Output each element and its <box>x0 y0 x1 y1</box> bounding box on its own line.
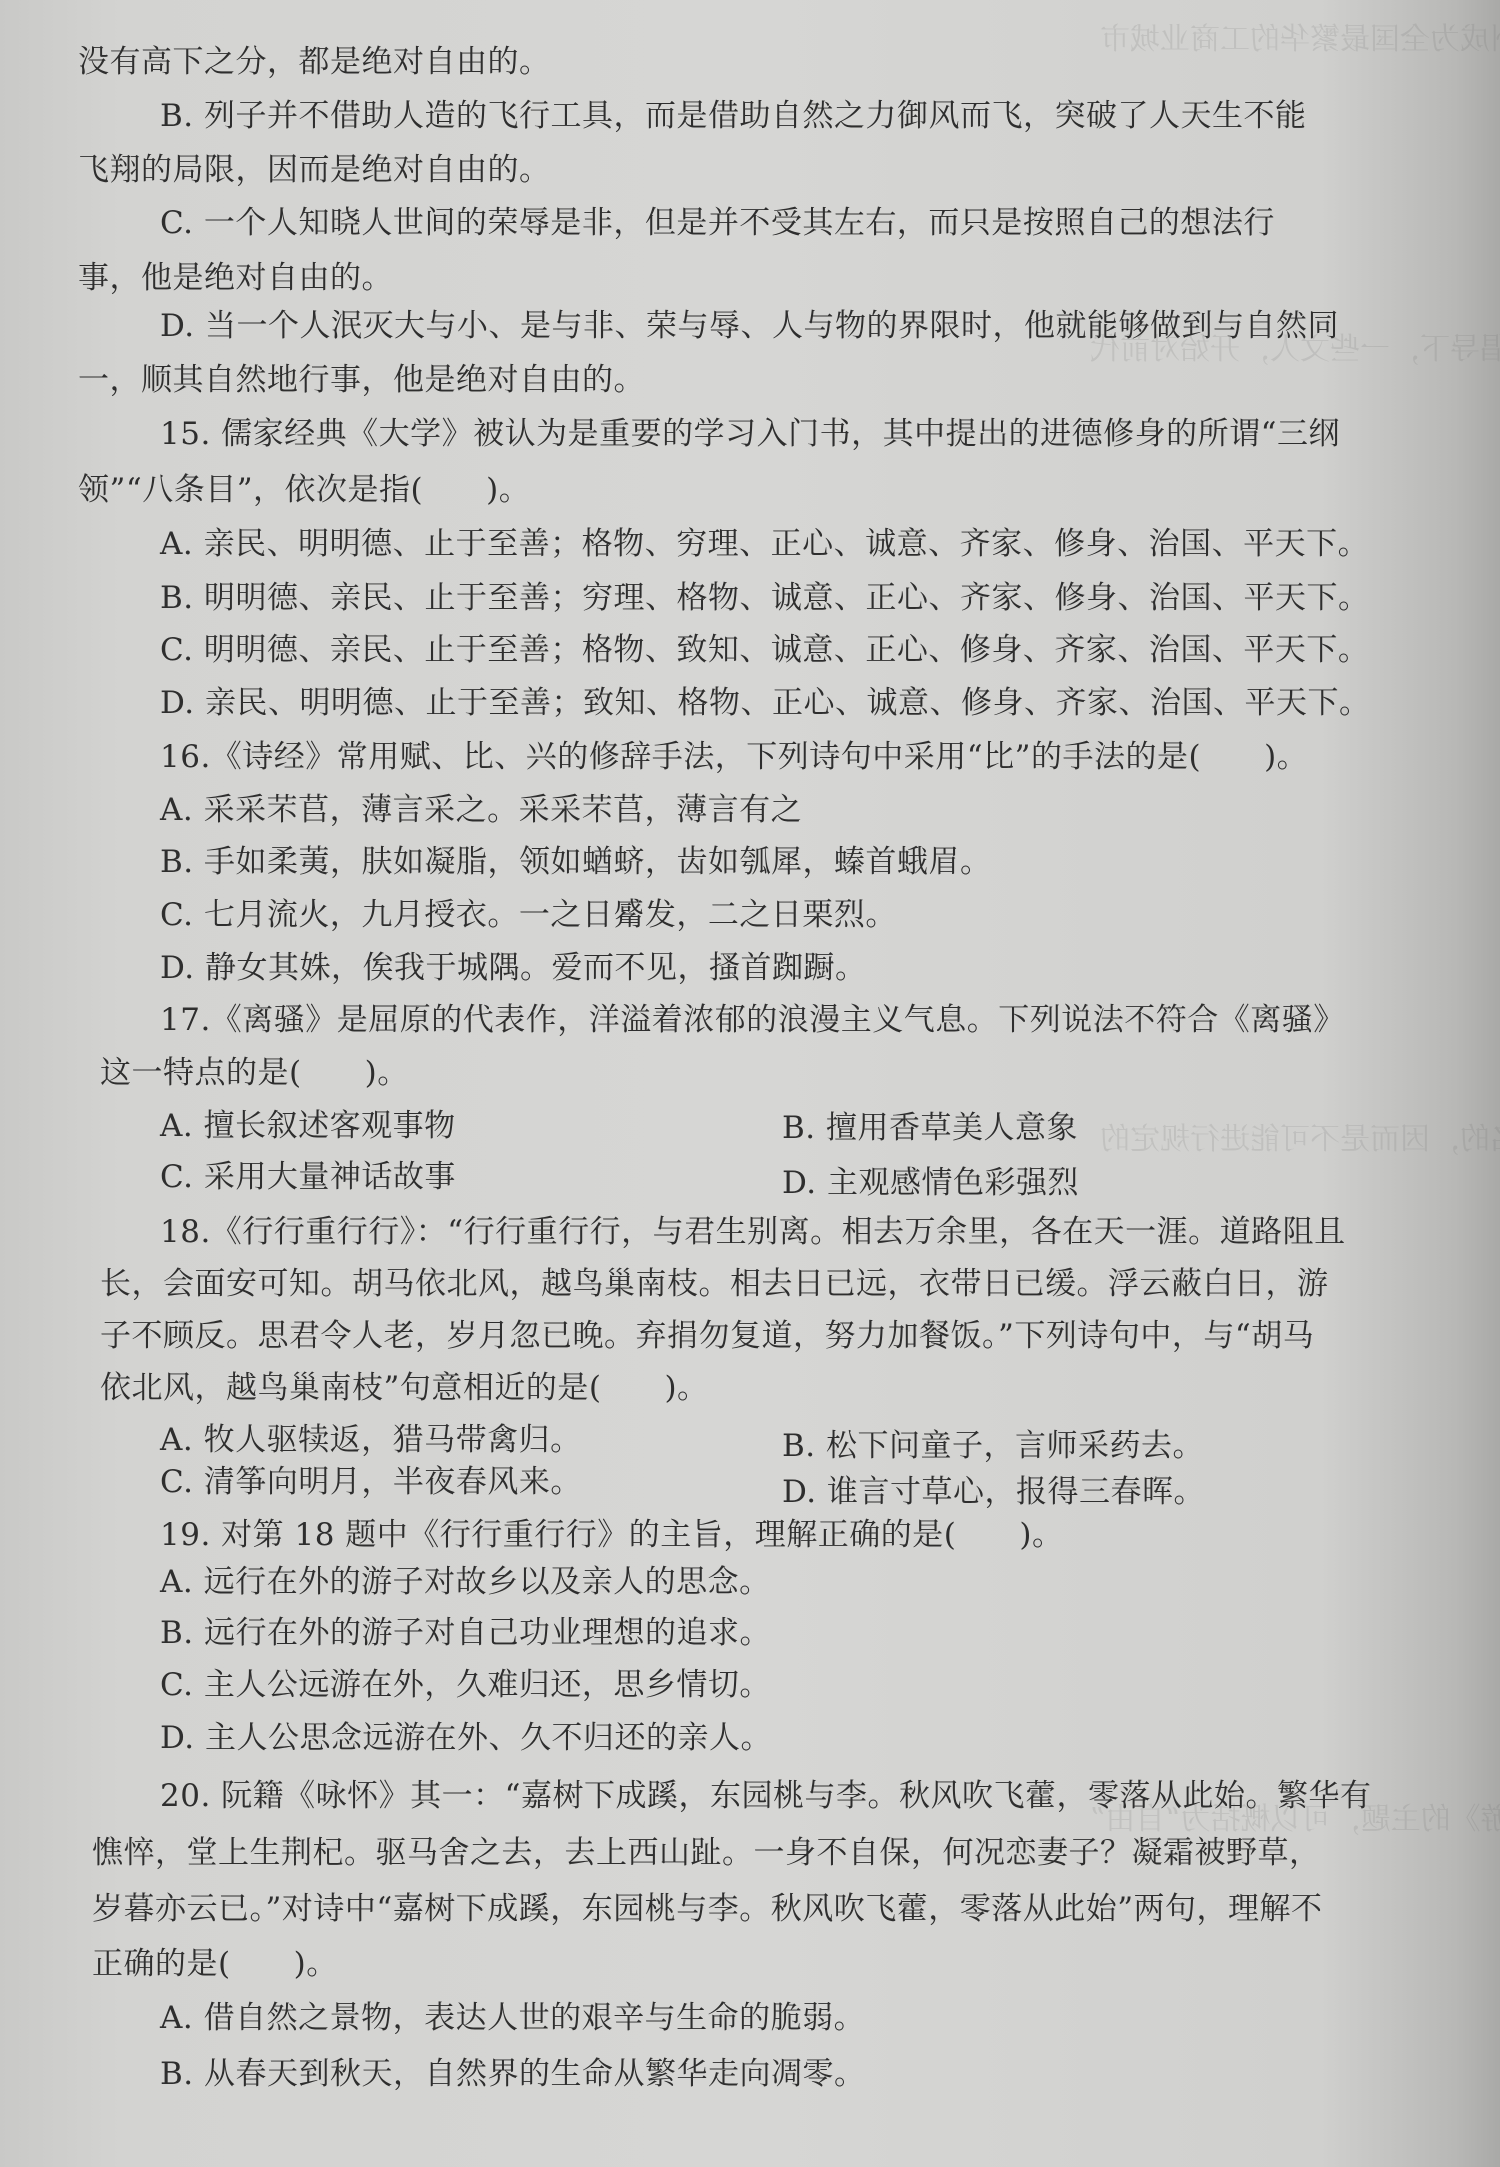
question-16-stem: 16.《诗经》常用赋、比、兴的修辞手法，下列诗句中采用“比”的手法的是( )。 <box>160 737 1308 777</box>
question-18-option-c: C. 清筝向明月，半夜春风来。 <box>160 1462 582 1502</box>
question-20-option-b: B. 从春天到秋天，自然界的生命从繁华走向凋零。 <box>160 2054 866 2094</box>
question-14-option-d: D. 当一个人泯灭大与小、是与非、荣与辱、人与物的界限时，他就能够做到与自然同 <box>160 306 1339 346</box>
question-17-option-c: C. 采用大量神话故事 <box>160 1157 456 1197</box>
question-16-option-a: A. 采采芣苢，薄言采之。采采芣苢，薄言有之 <box>160 790 802 830</box>
question-19-option-a: A. 远行在外的游子对故乡以及亲人的思念。 <box>160 1562 771 1602</box>
scanned-exam-page: 7.唐朝后期，扬州成为全国最繁华的工商业城市 人的倡导下，一些文人，开始对前代 … <box>0 0 1500 2167</box>
question-14-option-c: C. 一个人知晓人世间的荣辱是非，但是并不受其左右，而只是按照自己的想法行 <box>160 203 1275 243</box>
question-20-stem-line-2: 憔悴，堂上生荆杞。驱马舍之去，去上西山趾。一身不自保，何况恋妻子？凝霜被野草， <box>92 1833 1321 1873</box>
question-15-option-c: C. 明明德、亲民、止于至善；格物、致知、诚意、正心、修身、齐家、治国、平天下。 <box>160 630 1369 670</box>
question-15-stem: 15. 儒家经典《大学》被认为是重要的学习入门书，其中提出的进德修身的所谓“三纲 <box>160 414 1340 454</box>
question-17-option-b: B. 擅用香草美人意象 <box>782 1108 1078 1148</box>
question-19-option-d: D. 主人公思念远游在外、久不归还的亲人。 <box>160 1718 772 1758</box>
question-15-option-d: D. 亲民、明明德、止于至善；致知、格物、正心、诚意、修身、齐家、治国、平天下。 <box>160 683 1370 723</box>
bleed-through-text: A. 道是无法命名的，因而是不可能进行规定的 <box>1100 1120 1500 1160</box>
question-18-stem: 18.《行行重行行》：“行行重行行，与君生别离。相去万余里，各在天一涯。道路阻且 <box>160 1212 1346 1252</box>
question-20-stem: 20. 阮籍《咏怀》其一：“嘉树下成蹊，东园桃与李。秋风吹飞藿，零落从此始。繁华… <box>160 1776 1372 1816</box>
bleed-through-text: 7.唐朝后期，扬州成为全国最繁华的工商业城市 <box>1100 20 1500 60</box>
question-20-stem-line-4: 正确的是( )。 <box>92 1944 338 1984</box>
question-18-option-d: D. 谁言寸草心，报得三春晖。 <box>782 1472 1205 1512</box>
question-20-stem-line-3: 岁暮亦云已。”对诗中“嘉树下成蹊，东园桃与李。秋风吹飞藿，零落从此始”两句，理解… <box>92 1889 1323 1929</box>
question-17-stem: 17.《离骚》是屈原的代表作，洋溢着浓郁的浪漫主义气息。下列说法不符合《离骚》 <box>160 1000 1345 1040</box>
question-19-option-c: C. 主人公远游在外，久难归还，思乡情切。 <box>160 1665 771 1705</box>
question-15-option-b: B. 明明德、亲民、止于至善；穷理、格物、诚意、正心、齐家、修身、治国、平天下。 <box>160 578 1370 618</box>
question-18-stem-line-3: 子不顾反。思君令人老，岁月忽已晚。弃捐勿复道，努力加餐饭。”下列诗句中，与“胡马 <box>100 1316 1314 1356</box>
question-15-option-a: A. 亲民、明明德、止于至善；格物、穷理、正心、诚意、齐家、修身、治国、平天下。 <box>160 524 1369 564</box>
question-17-option-a: A. 擅长叙述客观事物 <box>160 1106 456 1146</box>
question-17-option-d: D. 主观感情色彩强烈 <box>782 1163 1079 1203</box>
question-14-option-a-continuation: 没有高下之分，都是绝对自由的。 <box>78 42 551 82</box>
question-18-option-b: B. 松下问童子，言师采药去。 <box>782 1426 1204 1466</box>
question-17-stem-continuation: 这一特点的是( )。 <box>100 1053 409 1093</box>
question-20-option-a: A. 借自然之景物，表达人世的艰辛与生命的脆弱。 <box>160 1998 865 2038</box>
question-19-option-b: B. 远行在外的游子对自己功业理想的追求。 <box>160 1613 771 1653</box>
question-19-stem: 19. 对第 18 题中《行行重行行》的主旨，理解正确的是( )。 <box>160 1515 1064 1555</box>
question-16-option-b: B. 手如柔荑，肤如凝脂，领如蝤蛴，齿如瓠犀，螓首蛾眉。 <box>160 842 992 882</box>
question-14-option-c-continuation: 事，他是绝对自由的。 <box>78 258 393 298</box>
question-15-stem-continuation: 领”“八条目”，依次是指( )。 <box>78 470 530 510</box>
question-14-option-d-continuation: 一，顺其自然地行事，他是绝对自由的。 <box>78 360 645 400</box>
question-18-stem-line-4: 依北风，越鸟巢南枝”句意相近的是( )。 <box>100 1368 709 1408</box>
question-18-stem-line-2: 长，会面安可知。胡马依北风，越鸟巢南枝。相去日已远，衣带日已缓。浮云蔽白日，游 <box>100 1264 1329 1304</box>
question-16-option-c: C. 七月流火，九月授衣。一之日觱发，二之日栗烈。 <box>160 895 897 935</box>
question-18-option-a: A. 牧人驱犊返，猎马带禽归。 <box>160 1420 582 1460</box>
question-14-option-b: B. 列子并不借助人造的飞行工具，而是借助自然之力御风而飞，突破了人天生不能 <box>160 96 1307 136</box>
question-14-option-b-continuation: 飞翔的局限，因而是绝对自由的。 <box>78 150 551 190</box>
question-16-option-d: D. 静女其姝，俟我于城隅。爱而不见，搔首踟蹰。 <box>160 948 866 988</box>
